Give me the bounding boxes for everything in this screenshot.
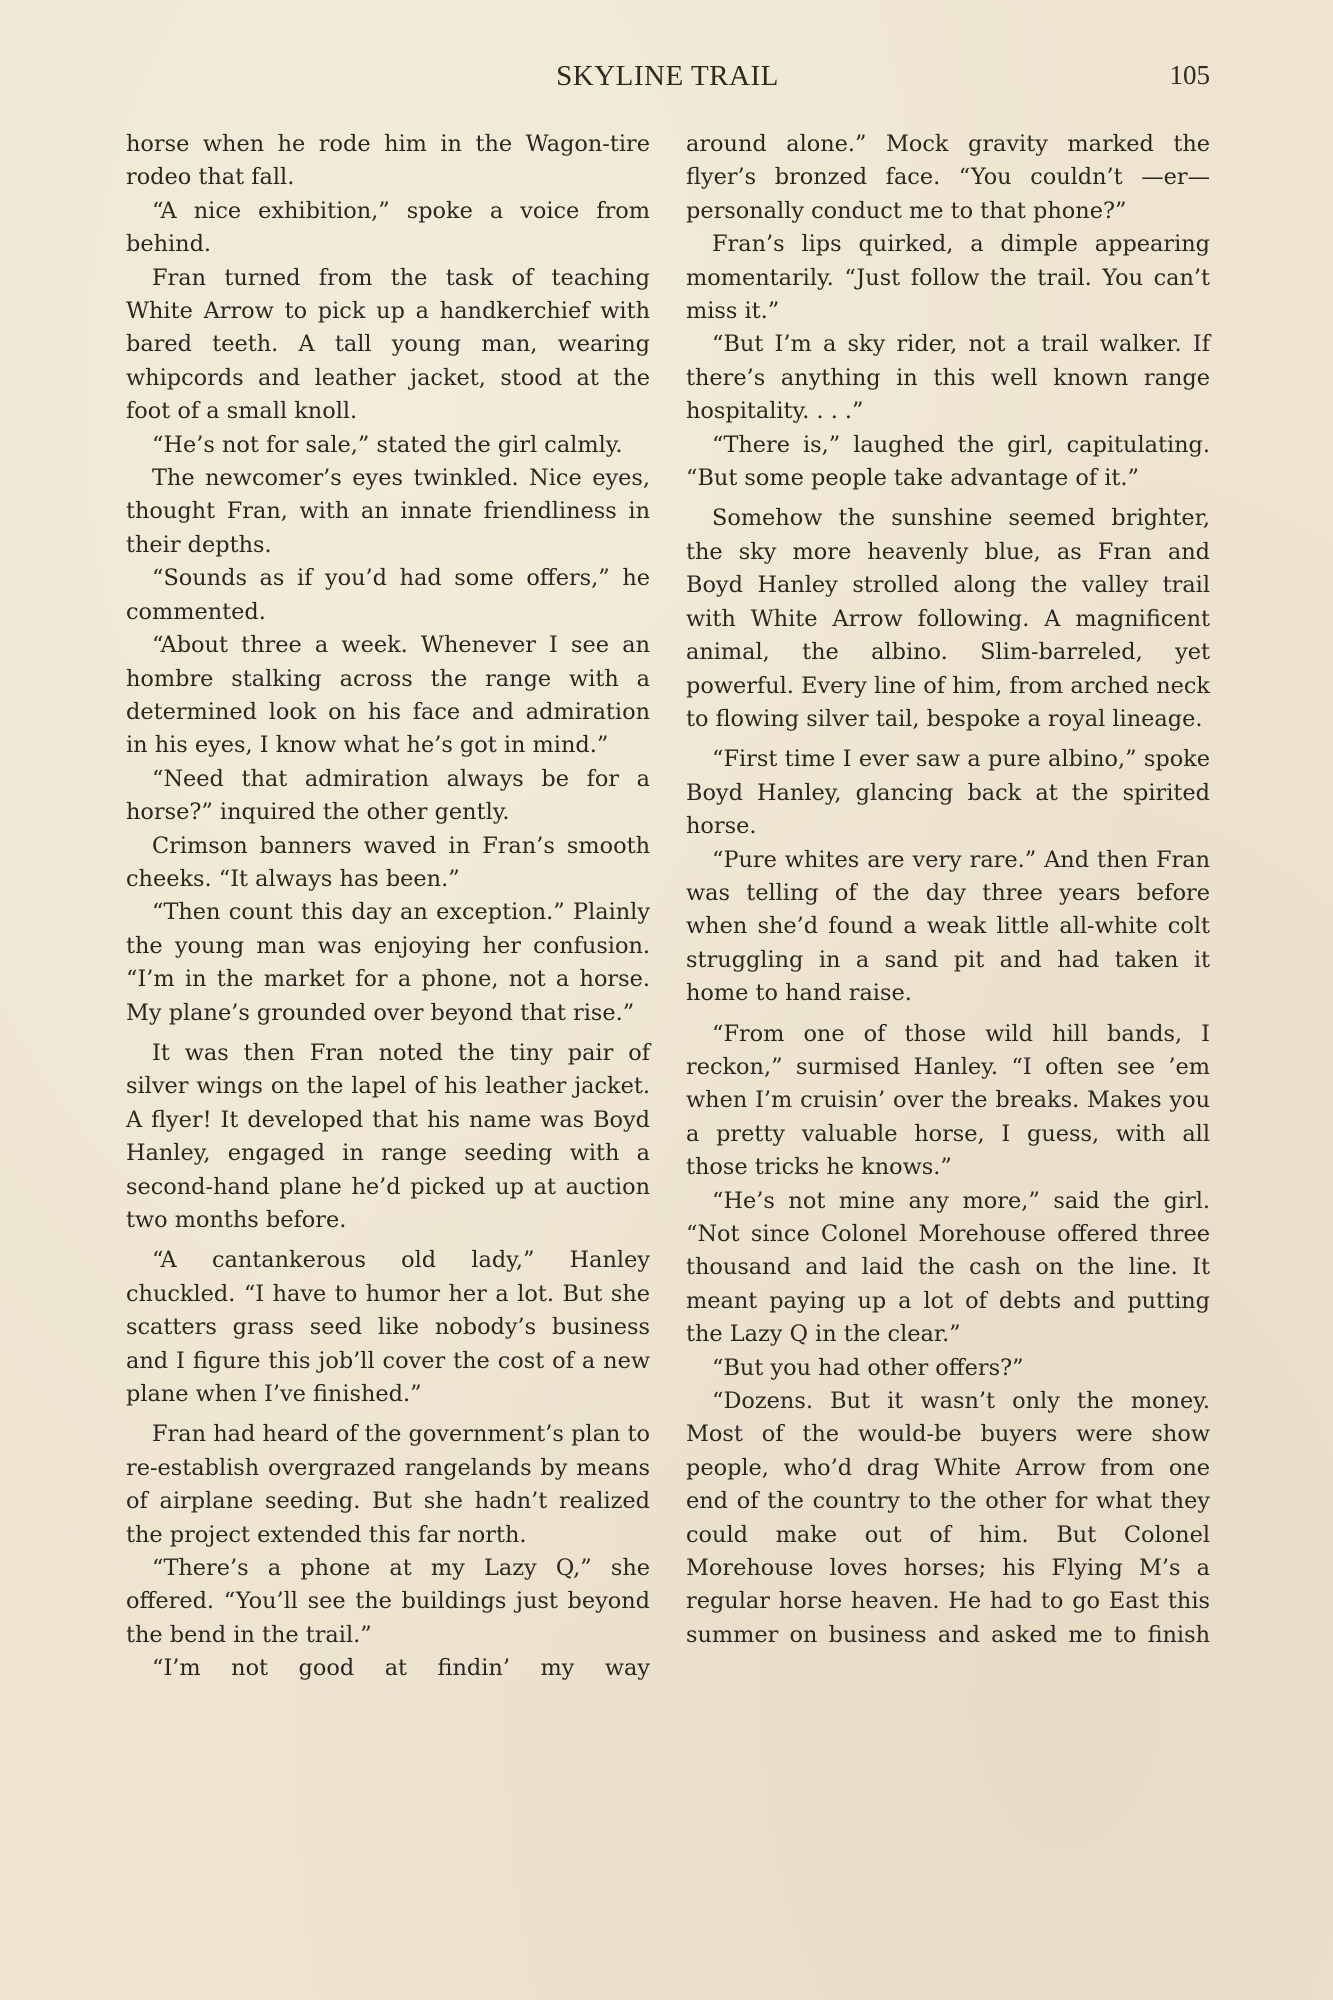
paragraph: “But I’m a sky rider, not a trail walker… — [686, 328, 1210, 428]
paragraph: “But you had other offers?” — [686, 1352, 1210, 1385]
book-page: SKYLINE TRAIL 105 horse when he rode him… — [0, 0, 1333, 2000]
paragraph: “Then count this day an exception.” Plai… — [126, 896, 650, 1030]
paragraph: “Pure whites are very rare.” And then Fr… — [686, 844, 1210, 1011]
paragraph: It was then Fran noted the tiny pair of … — [126, 1037, 650, 1237]
running-title: SKYLINE TRAIL — [125, 60, 1210, 93]
paragraph: Fran turned from the task of teaching Wh… — [126, 262, 650, 429]
paragraph: “I’m not good at findin’ my way — [126, 1652, 650, 1685]
paragraph: Crimson banners waved in Fran’s smooth c… — [126, 830, 650, 897]
paragraph: “Need that admiration always be for a ho… — [126, 763, 650, 830]
paragraph: Fran had heard of the government’s plan … — [126, 1418, 650, 1552]
paragraph: “There is,” laughed the girl, capitulati… — [686, 429, 1210, 496]
page-number: 105 — [1170, 60, 1211, 91]
paragraph: around alone.” Mock gravity marked the f… — [686, 128, 1210, 228]
paragraph: “There’s a phone at my Lazy Q,” she offe… — [126, 1552, 650, 1652]
paragraph: “He’s not for sale,” stated the girl cal… — [126, 429, 650, 462]
paragraph: “A cantankerous old lady,” Hanley chuckl… — [126, 1244, 650, 1411]
paragraph: “A nice exhibition,” spoke a voice from … — [126, 195, 650, 262]
paragraph: “First time I ever saw a pure albino,” s… — [686, 743, 1210, 843]
paragraph: horse when he rode him in the Wagon-tire… — [126, 128, 650, 195]
right-column: around alone.” Mock gravity marked the f… — [686, 128, 1210, 1652]
paragraph: “Sounds as if you’d had some offers,” he… — [126, 562, 650, 629]
paragraph: “Dozens. But it wasn’t only the money. M… — [686, 1385, 1210, 1652]
running-head: SKYLINE TRAIL 105 — [125, 60, 1210, 100]
paragraph: Fran’s lips quirked, a dimple appearing … — [686, 228, 1210, 328]
paragraph: “He’s not mine any more,” said the girl.… — [686, 1185, 1210, 1352]
paragraph: Somehow the sunshine seemed brighter, th… — [686, 502, 1210, 736]
paragraph: “From one of those wild hill bands, I re… — [686, 1018, 1210, 1185]
paragraph: “About three a week. Whenever I see an h… — [126, 629, 650, 763]
paragraph: The newcomer’s eyes twinkled. Nice eyes,… — [126, 462, 650, 562]
left-column: horse when he rode him in the Wagon-tire… — [126, 128, 650, 1686]
